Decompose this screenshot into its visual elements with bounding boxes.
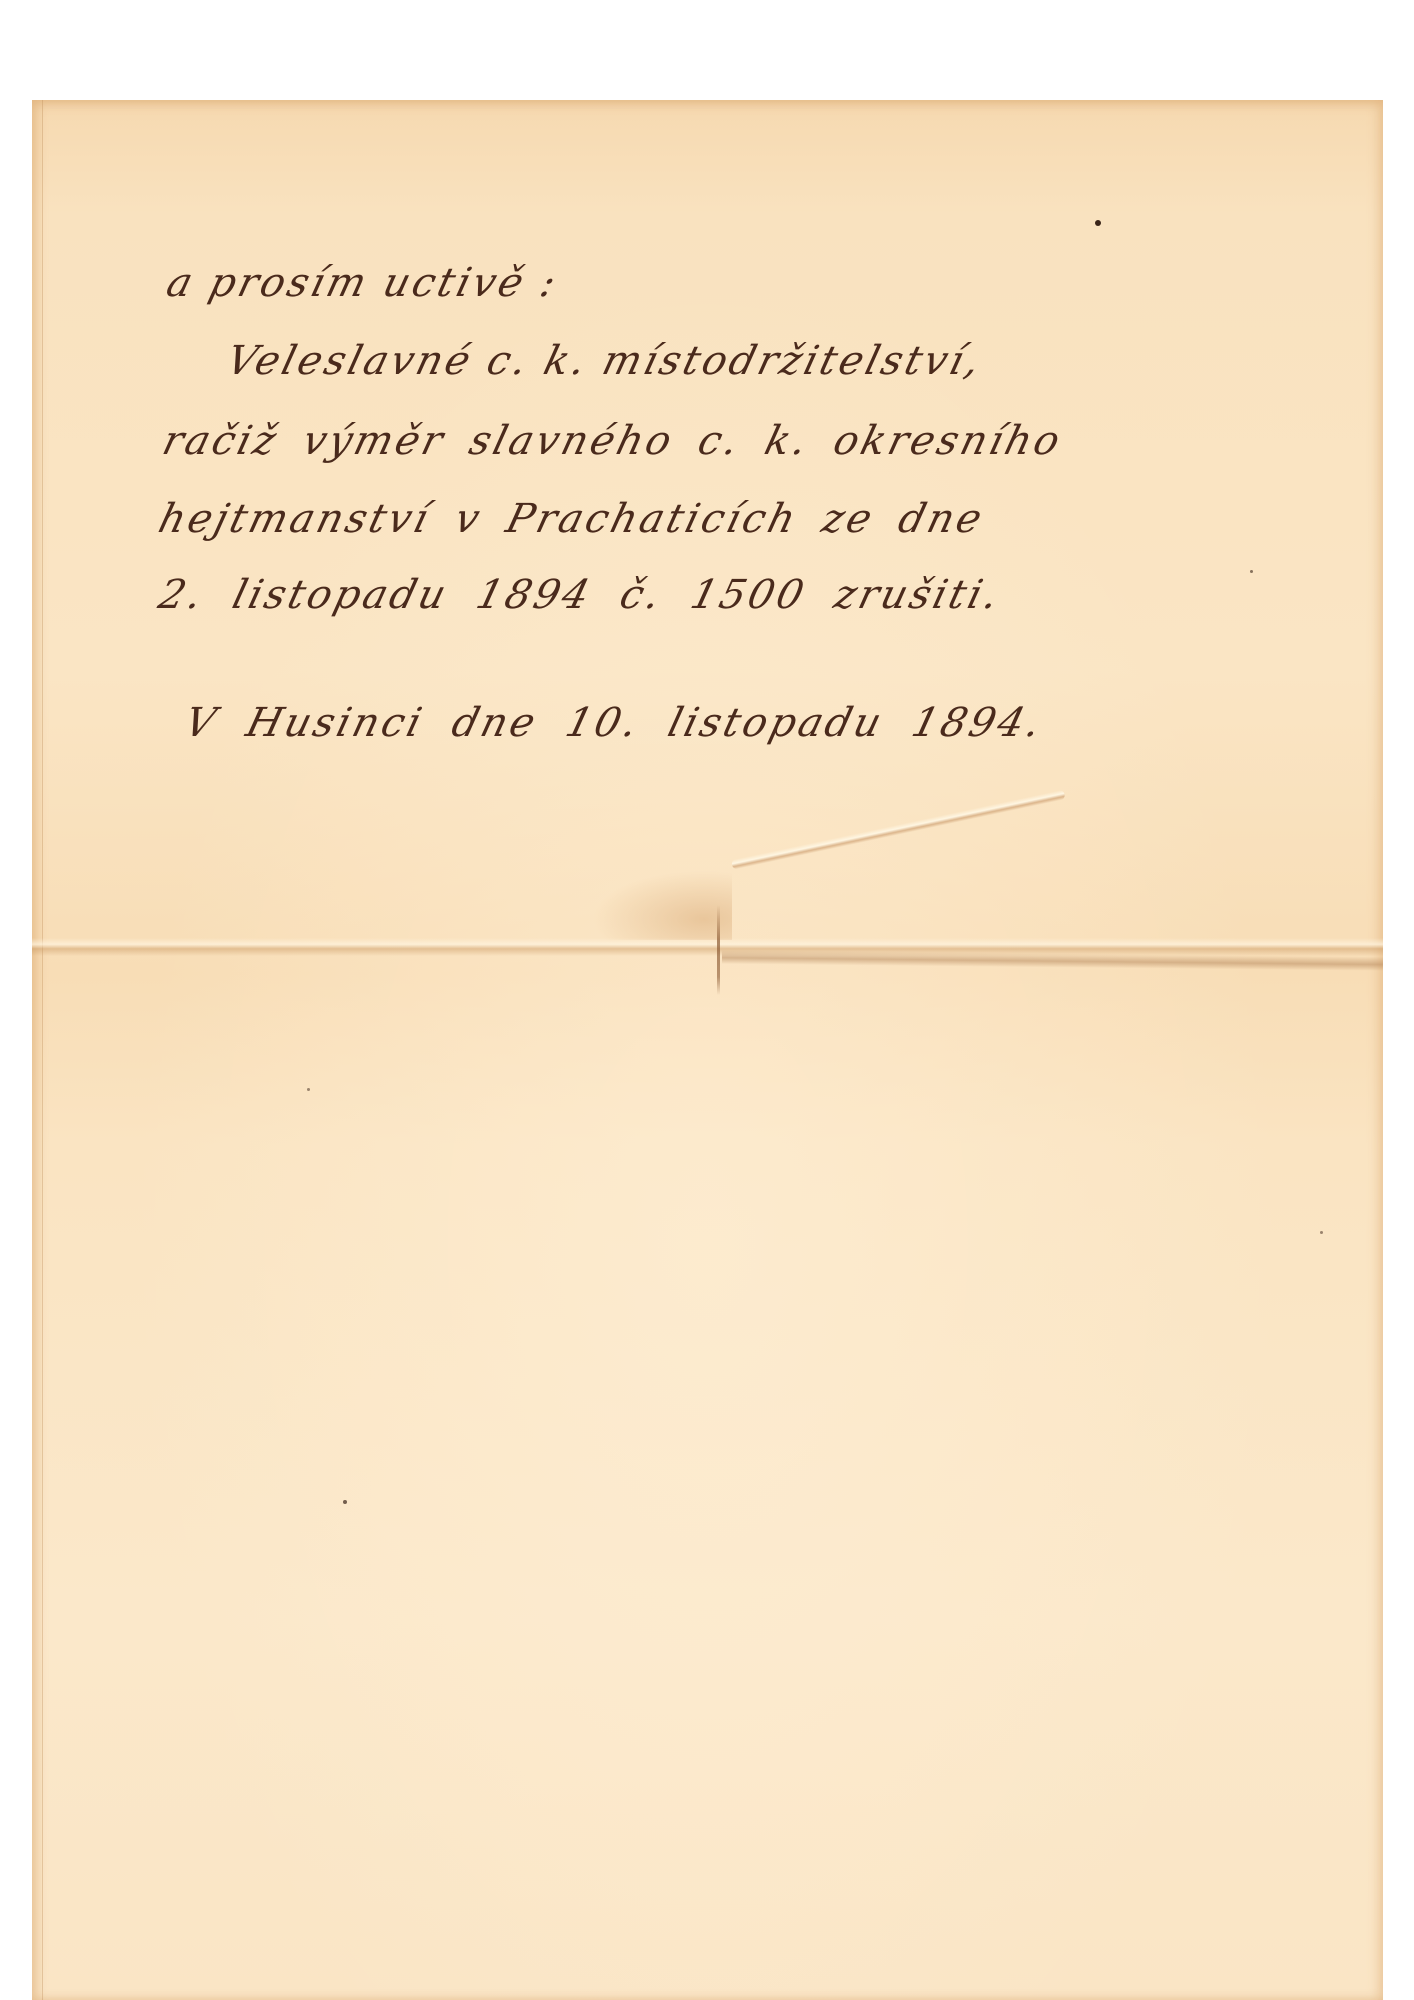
paper-fold-vertical bbox=[717, 905, 720, 995]
scanned-document-page: a prosím uctivě : Veleslavné c. k. místo… bbox=[32, 100, 1383, 2000]
ink-speck bbox=[1320, 1231, 1323, 1234]
text-line-body-3: 2. listopadu 1894 č. 1500 zrušiti. bbox=[154, 572, 1006, 618]
handwritten-text: a prosím uctivě : Veleslavné c. k. místo… bbox=[32, 100, 1383, 800]
ink-speck bbox=[307, 1088, 310, 1091]
text-line-addressee: Veleslavné c. k. místodržitelství, bbox=[222, 338, 987, 384]
paper-crease-diagonal bbox=[731, 789, 1066, 869]
ink-speck bbox=[343, 1500, 347, 1504]
text-line-body-2: hejtmanství v Prachaticích ze dne bbox=[154, 496, 989, 542]
text-line-request: a prosím uctivě : bbox=[162, 260, 563, 306]
text-line-place-date: V Husinci dne 10. listopadu 1894. bbox=[180, 700, 1048, 746]
text-line-body-1: račiž výměr slavného c. k. okresního bbox=[158, 418, 1067, 464]
paper-fold-horizontal bbox=[32, 938, 1383, 956]
paper-crease-shadow bbox=[592, 870, 732, 940]
